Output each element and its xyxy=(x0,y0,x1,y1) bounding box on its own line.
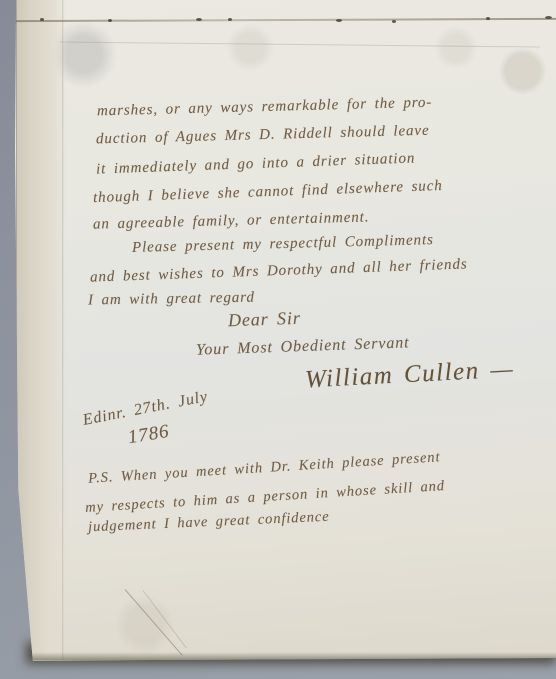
crease-speck xyxy=(486,17,490,20)
horizontal-fold-crease xyxy=(14,18,556,22)
letter-photograph: marshes, or any ways remarkable for the … xyxy=(0,0,556,679)
signature: William Cullen — xyxy=(304,356,514,395)
letter-line: I am with great regard xyxy=(88,290,255,310)
crease-speck xyxy=(40,18,44,21)
letter-line: Please present my respectful Compliments xyxy=(132,232,434,257)
crease-speck xyxy=(545,16,552,19)
closing-salutation: Dear Sir xyxy=(228,308,301,332)
page-fold-edge xyxy=(62,0,64,660)
letter-line: it immediately and go into a drier situa… xyxy=(96,150,416,178)
letter-line: marshes, or any ways remarkable for the … xyxy=(97,95,433,121)
letter-line: an agreeable family, or entertainment. xyxy=(93,209,370,233)
letter-line: and best wishes to Mrs Dorothy and all h… xyxy=(90,256,468,286)
closing-valediction: Your Most Obedient Servant xyxy=(196,334,410,359)
crease-speck xyxy=(196,18,202,21)
letter-page: marshes, or any ways remarkable for the … xyxy=(0,0,556,679)
letter-line: though I believe she cannot find elsewhe… xyxy=(93,178,443,207)
crease-speck xyxy=(336,19,342,22)
crease-speck xyxy=(108,19,112,22)
faint-crease xyxy=(60,41,540,47)
crease-speck xyxy=(392,20,396,23)
under-page-edge xyxy=(17,0,67,660)
dateline-year: 1786 xyxy=(127,421,172,449)
crease-speck xyxy=(228,18,232,21)
letter-line: duction of Agues Mrs D. Riddell should l… xyxy=(96,123,430,149)
bottom-fold-crease xyxy=(125,589,183,655)
